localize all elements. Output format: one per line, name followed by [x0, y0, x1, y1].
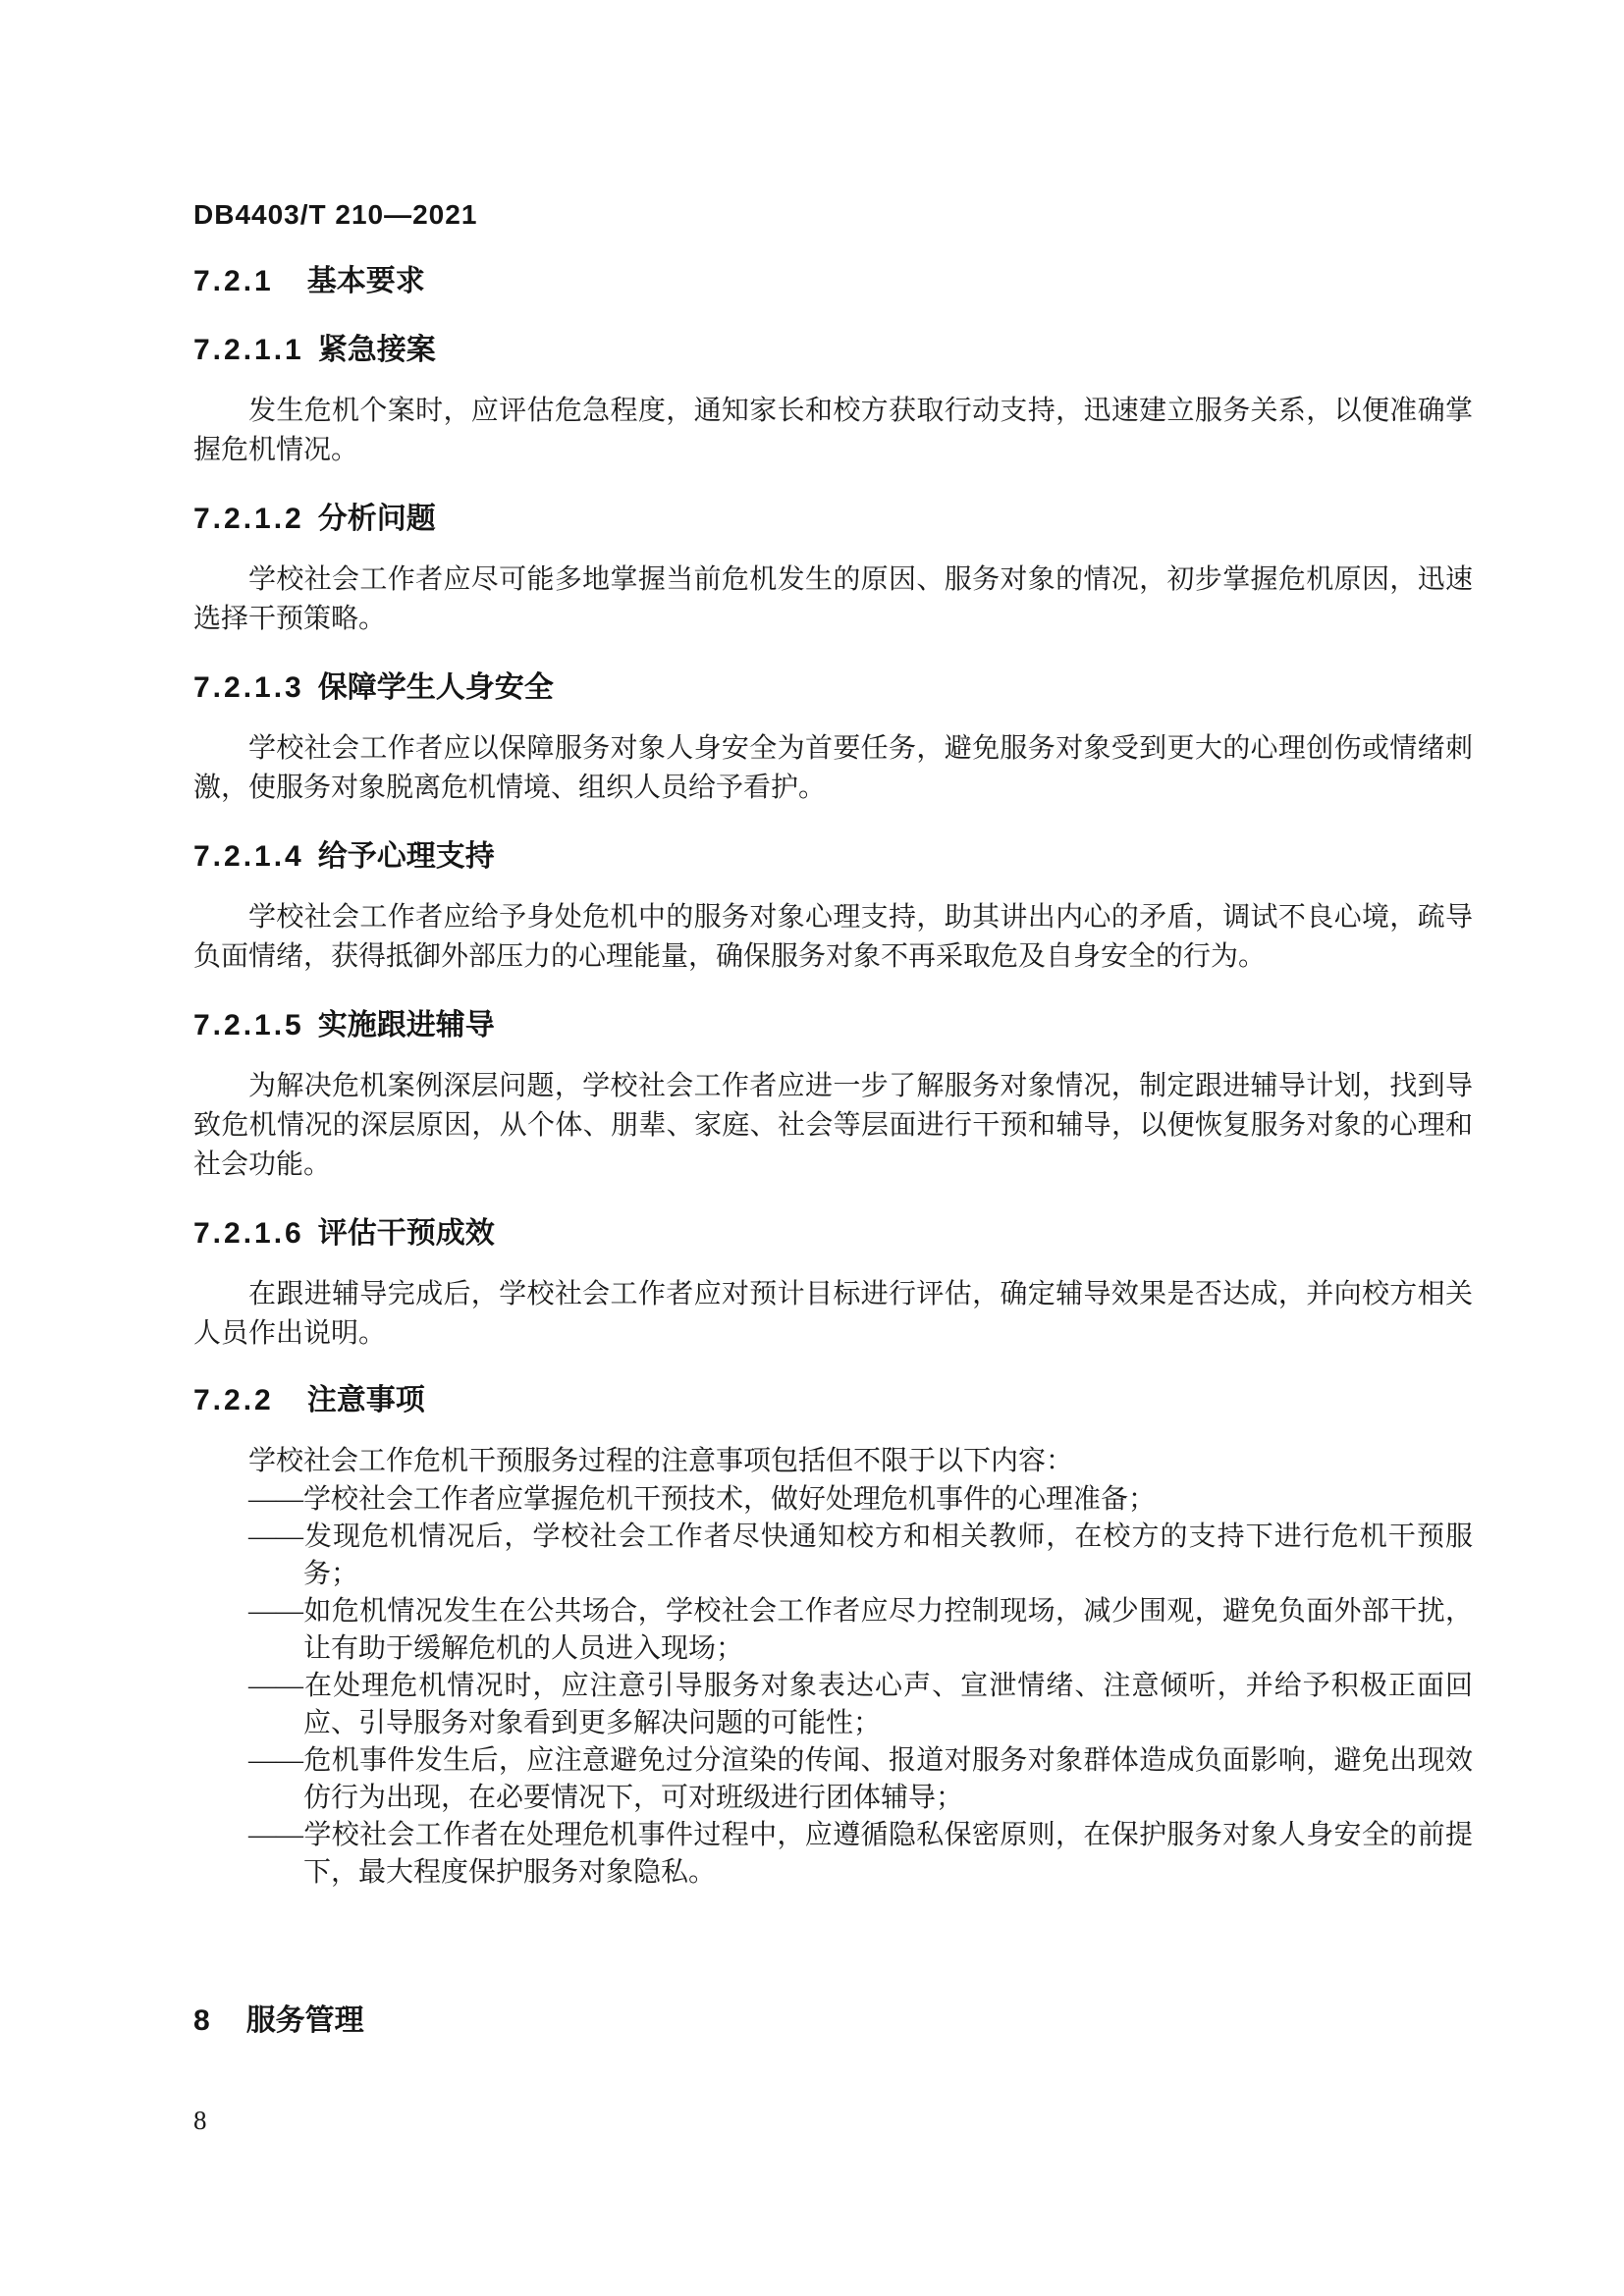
section-title: 实施跟进辅导 — [318, 1009, 495, 1041]
section-number: 7.2.1.5 — [193, 1009, 304, 1041]
section-heading-7-2-1-4: 7.2.1.4给予心理支持 — [193, 837, 1473, 877]
section-title: 注意事项 — [307, 1384, 425, 1416]
dash-list: ——学校社会工作者应掌握危机干预技术，做好处理危机事件的心理准备； ——发现危机… — [193, 1481, 1473, 1892]
body-paragraph: 学校社会工作者应以保障服务对象人身安全为首要任务，避免服务对象受到更大的心理创伤… — [193, 729, 1473, 808]
chapter-title: 服务管理 — [246, 2004, 364, 2037]
section-title: 评估干预成效 — [318, 1217, 495, 1250]
section-heading-7-2-1: 7.2.1基本要求 — [193, 262, 1473, 301]
section-heading-7-2-1-5: 7.2.1.5实施跟进辅导 — [193, 1006, 1473, 1045]
section-title: 基本要求 — [307, 265, 425, 297]
section-heading-7-2-2: 7.2.2注意事项 — [193, 1381, 1473, 1420]
dash-list-item: ——如危机情况发生在公共场合，学校社会工作者应尽力控制现场，减少围观，避免负面外… — [303, 1593, 1473, 1668]
section-number: 7.2.1.3 — [193, 671, 304, 704]
document-page: DB4403/T 210—2021 7.2.1基本要求 7.2.1.1紧急接案 … — [0, 0, 1624, 2296]
body-paragraph: 在跟进辅导完成后，学校社会工作者应对预计目标进行评估，确定辅导效果是否达成，并向… — [193, 1275, 1473, 1354]
chapter-heading-8: 8服务管理 — [193, 2002, 1473, 2041]
dash-list-item: ——学校社会工作者在处理危机事件过程中，应遵循隐私保密原则，在保护服务对象人身安… — [303, 1817, 1473, 1892]
section-heading-7-2-1-2: 7.2.1.2分析问题 — [193, 500, 1473, 539]
section-title: 保障学生人身安全 — [318, 671, 554, 704]
section-number: 7.2.1 — [193, 265, 274, 297]
body-paragraph: 学校社会工作者应尽可能多地掌握当前危机发生的原因、服务对象的情况，初步掌握危机原… — [193, 561, 1473, 639]
section-number: 7.2.1.1 — [193, 334, 304, 366]
dash-list-item: ——发现危机情况后，学校社会工作者尽快通知校方和相关教师，在校方的支持下进行危机… — [303, 1519, 1473, 1593]
page-number: 8 — [193, 2102, 1473, 2139]
page-content: DB4403/T 210—2021 7.2.1基本要求 7.2.1.1紧急接案 … — [193, 0, 1473, 2139]
section-title: 给予心理支持 — [318, 840, 495, 873]
section-heading-7-2-1-3: 7.2.1.3保障学生人身安全 — [193, 668, 1473, 708]
section-title: 分析问题 — [318, 503, 436, 535]
dash-list-item: ——危机事件发生后，应注意避免过分渲染的传闻、报道对服务对象群体造成负面影响，避… — [303, 1742, 1473, 1817]
section-number: 7.2.1.2 — [193, 503, 304, 535]
section-title: 紧急接案 — [318, 334, 436, 366]
body-paragraph: 为解决危机案例深层问题，学校社会工作者应进一步了解服务对象情况，制定跟进辅导计划… — [193, 1067, 1473, 1185]
standard-code-header: DB4403/T 210—2021 — [193, 195, 1473, 235]
section-heading-7-2-1-1: 7.2.1.1紧急接案 — [193, 331, 1473, 370]
list-intro-paragraph: 学校社会工作危机干预服务过程的注意事项包括但不限于以下内容： — [193, 1442, 1473, 1481]
dash-list-item: ——在处理危机情况时，应注意引导服务对象表达心声、宣泄情绪、注意倾听，并给予积极… — [303, 1668, 1473, 1742]
section-number: 7.2.2 — [193, 1384, 274, 1416]
chapter-number: 8 — [193, 2004, 213, 2037]
dash-list-item: ——学校社会工作者应掌握危机干预技术，做好处理危机事件的心理准备； — [303, 1481, 1473, 1519]
section-heading-7-2-1-6: 7.2.1.6评估干预成效 — [193, 1214, 1473, 1254]
section-number: 7.2.1.6 — [193, 1217, 304, 1250]
body-paragraph: 学校社会工作者应给予身处危机中的服务对象心理支持，助其讲出内心的矛盾，调试不良心… — [193, 898, 1473, 977]
section-number: 7.2.1.4 — [193, 840, 304, 873]
body-paragraph: 发生危机个案时，应评估危急程度，通知家长和校方获取行动支持，迅速建立服务关系，以… — [193, 392, 1473, 470]
standard-code-text: DB4403/T 210—2021 — [193, 199, 477, 230]
